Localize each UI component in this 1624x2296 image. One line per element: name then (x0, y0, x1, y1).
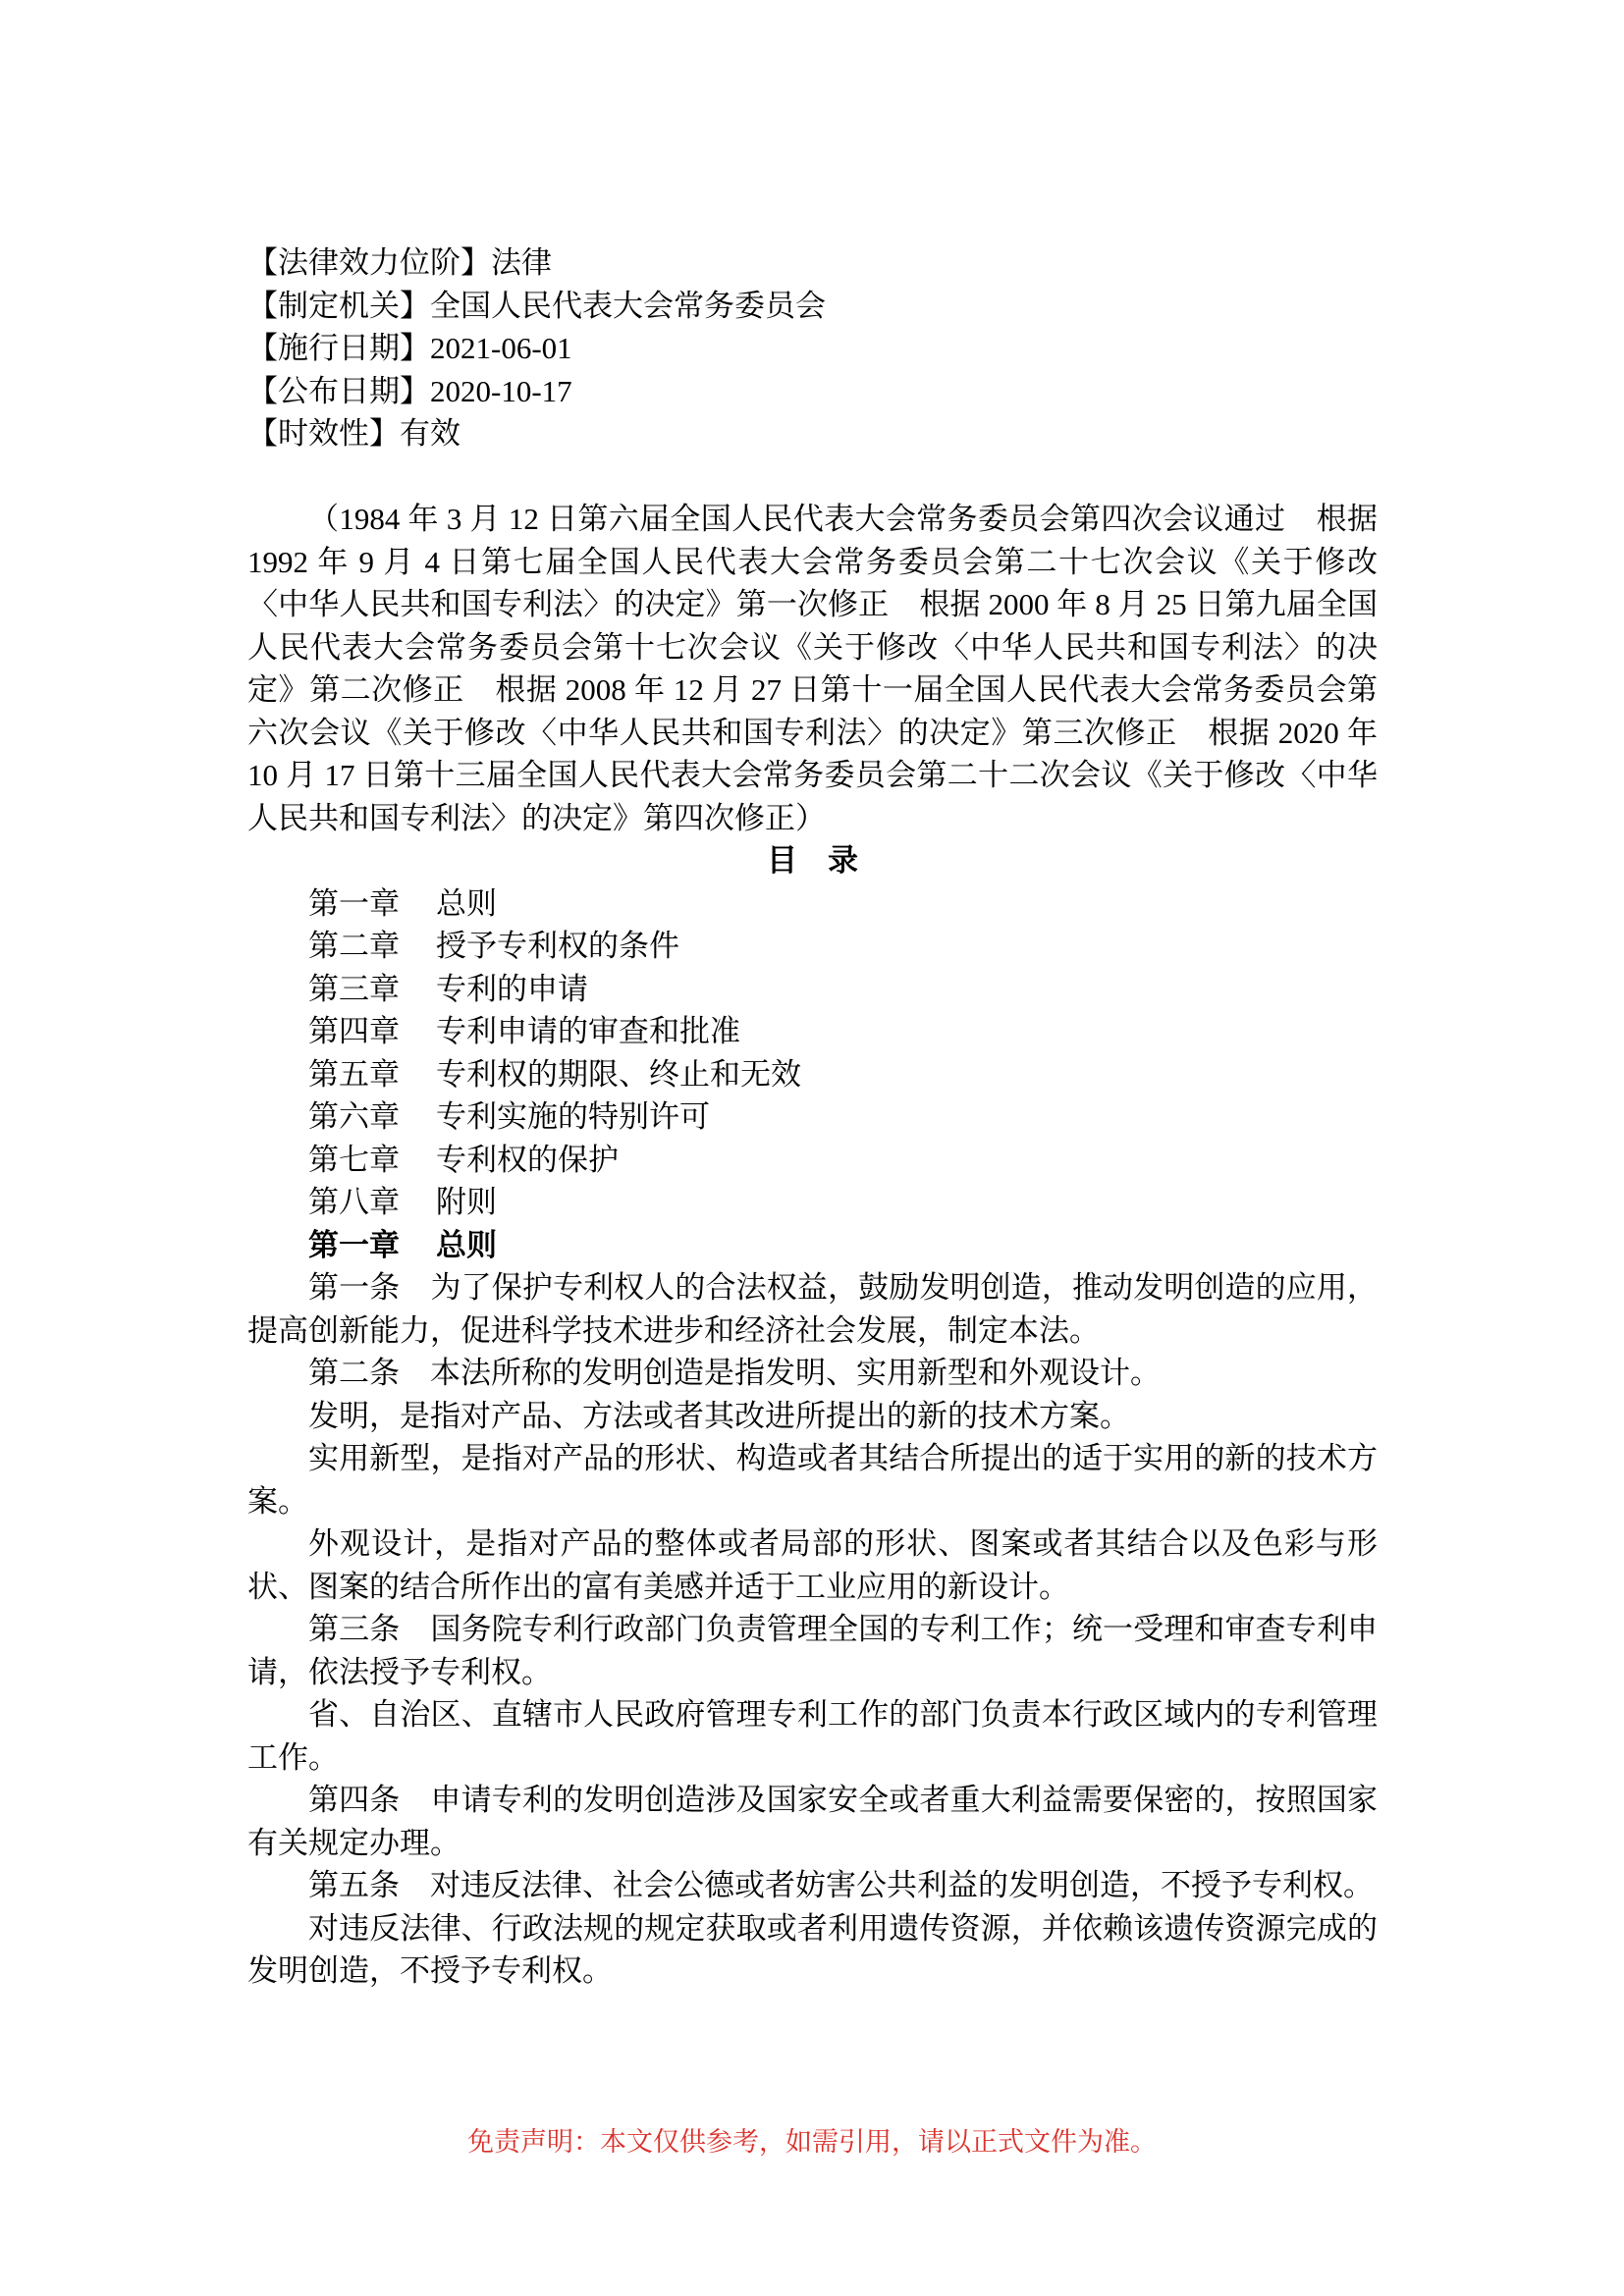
chapter-heading-number: 第一章 (308, 1228, 400, 1262)
chapter-heading-title: 总则 (436, 1228, 497, 1262)
toc-chapter-number: 第五章 (308, 1057, 400, 1092)
meta-value: 2020-10-17 (430, 374, 572, 408)
meta-value: 2021-06-01 (430, 331, 572, 365)
article5-paragraph: 第五条 对违反法律、社会公德或者妨害公共利益的发明创造，不授予专利权。 (247, 1864, 1378, 1907)
article2-paragraph: 第二条 本法所称的发明创造是指发明、实用新型和外观设计。 (247, 1352, 1378, 1395)
toc-chapter-title: 专利的申请 (436, 972, 588, 1006)
toc-chapter-title: 专利权的保护 (436, 1143, 619, 1177)
toc-chapter-title: 专利申请的审查和批准 (436, 1014, 740, 1048)
meta-value: 全国人民代表大会常务委员会 (430, 289, 826, 323)
preamble-section: （1984 年 3 月 12 日第六届全国人民代表大会常务委员会第四次会议通过 … (247, 498, 1378, 839)
toc-item-chapter1: 第一章总则 (247, 882, 1378, 926)
document-page: 【法律效力位阶】法律 【制定机关】全国人民代表大会常务委员会 【施行日期】202… (0, 0, 1624, 2296)
meta-value: 有效 (400, 416, 460, 451)
toc-chapter-number: 第一章 (308, 886, 400, 921)
toc-chapter-title: 专利实施的特别许可 (436, 1099, 710, 1134)
meta-row-enacting-body: 【制定机关】全国人民代表大会常务委员会 (247, 285, 1378, 328)
toc-chapter-number: 第八章 (308, 1185, 400, 1219)
toc-chapter-number: 第六章 (308, 1099, 400, 1134)
disclaimer-text: 免责声明：本文仅供参考，如需引用，请以正式文件为准。 (0, 2126, 1624, 2158)
meta-label: 【时效性】 (247, 416, 400, 451)
meta-row-validity: 【时效性】有效 (247, 412, 1378, 455)
article2-design-definition: 外观设计，是指对产品的整体或者局部的形状、图案或者其结合以及色彩与形状、图案的结… (247, 1522, 1378, 1608)
article5-genetic-resources-paragraph: 对违反法律、行政法规的规定获取或者利用遗传资源，并依赖该遗传资源完成的发明创造，… (247, 1907, 1378, 1993)
toc-chapter-title: 专利权的期限、终止和无效 (436, 1057, 801, 1092)
article3-local-authority-paragraph: 省、自治区、直辖市人民政府管理专利工作的部门负责本行政区域内的专利管理工作。 (247, 1693, 1378, 1779)
meta-label: 【制定机关】 (247, 289, 430, 323)
toc-chapter-title: 总则 (436, 886, 497, 921)
document-metadata-block: 【法律效力位阶】法律 【制定机关】全国人民代表大会常务委员会 【施行日期】202… (247, 241, 1378, 455)
toc-chapter-title: 授予专利权的条件 (436, 929, 679, 963)
toc-chapter-number: 第二章 (308, 929, 400, 963)
meta-label: 【公布日期】 (247, 374, 430, 408)
meta-row-legal-rank: 【法律效力位阶】法律 (247, 241, 1378, 285)
meta-row-promulgation-date: 【公布日期】2020-10-17 (247, 370, 1378, 413)
toc-title: 目 录 (247, 839, 1378, 882)
toc-item-chapter2: 第二章授予专利权的条件 (247, 925, 1378, 968)
toc-chapter-number: 第七章 (308, 1143, 400, 1177)
article2-invention-definition: 发明，是指对产品、方法或者其改进所提出的新的技术方案。 (247, 1395, 1378, 1438)
toc-list: 第一章总则 第二章授予专利权的条件 第三章专利的申请 第四章专利申请的审查和批准… (247, 882, 1378, 1224)
article2-utility-model-definition: 实用新型，是指对产品的形状、构造或者其结合所提出的适于实用的新的技术方案。 (247, 1437, 1378, 1522)
preamble-paragraph: （1984 年 3 月 12 日第六届全国人民代表大会常务委员会第四次会议通过 … (247, 498, 1378, 839)
toc-chapter-number: 第三章 (308, 972, 400, 1006)
toc-item-chapter4: 第四章专利申请的审查和批准 (247, 1010, 1378, 1053)
toc-item-chapter7: 第七章专利权的保护 (247, 1139, 1378, 1182)
toc-chapter-number: 第四章 (308, 1014, 400, 1048)
toc-item-chapter8: 第八章附则 (247, 1181, 1378, 1224)
toc-chapter-title: 附则 (436, 1185, 497, 1219)
article1-paragraph: 第一条 为了保护专利权人的合法权益，鼓励发明创造，推动发明创造的应用，提高创新能… (247, 1266, 1378, 1352)
article4-paragraph: 第四条 申请专利的发明创造涉及国家安全或者重大利益需要保密的，按照国家有关规定办… (247, 1779, 1378, 1864)
toc-item-chapter5: 第五章专利权的期限、终止和无效 (247, 1053, 1378, 1096)
document-content: 【法律效力位阶】法律 【制定机关】全国人民代表大会常务委员会 【施行日期】202… (247, 241, 1378, 1993)
toc-item-chapter6: 第六章专利实施的特别许可 (247, 1095, 1378, 1139)
toc-item-chapter3: 第三章专利的申请 (247, 968, 1378, 1011)
meta-label: 【施行日期】 (247, 331, 430, 365)
article3-paragraph: 第三条 国务院专利行政部门负责管理全国的专利工作；统一受理和审查专利申请，依法授… (247, 1608, 1378, 1693)
chapter1-articles: 第一条 为了保护专利权人的合法权益，鼓励发明创造，推动发明创造的应用，提高创新能… (247, 1266, 1378, 1993)
chapter1-heading: 第一章总则 (247, 1224, 1378, 1267)
meta-value: 法律 (491, 245, 552, 280)
blank-line (247, 455, 1378, 499)
meta-row-effective-date: 【施行日期】2021-06-01 (247, 327, 1378, 370)
meta-label: 【法律效力位阶】 (247, 245, 491, 280)
